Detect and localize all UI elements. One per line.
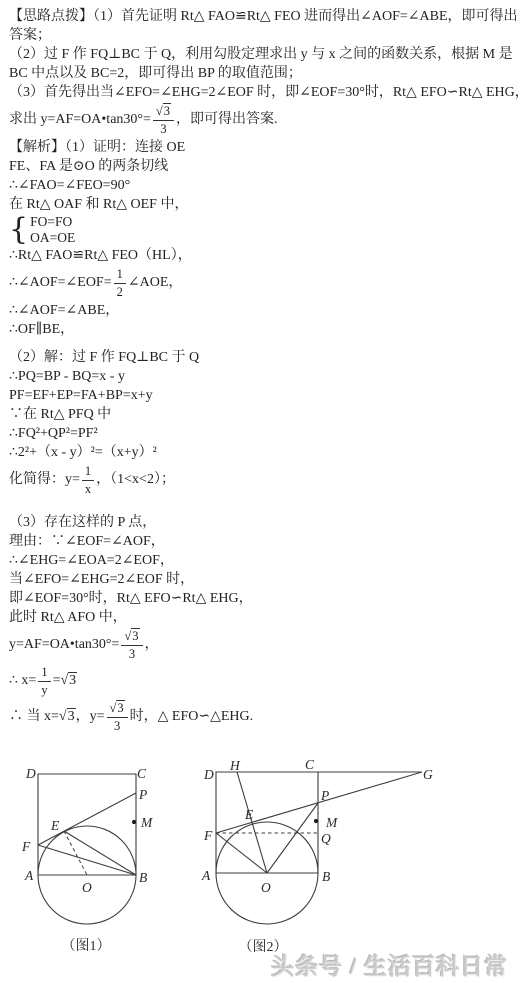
figure-1-line-2 (38, 845, 136, 875)
figure-1-label-A: A (24, 868, 34, 883)
figure-1-label-F: F (21, 839, 31, 854)
figure-2-line-3 (216, 833, 267, 873)
figure-1-label-C: C (137, 766, 147, 781)
figure-2-label-B: B (322, 869, 330, 884)
figure-2-label-G: G (423, 767, 433, 782)
figure-2-label-E: E (244, 807, 254, 822)
figure-1-point-dot-0 (132, 820, 136, 824)
figure-1-label-M: M (140, 815, 153, 830)
figure-2-label-C: C (305, 757, 315, 772)
figure-2-label-Q: Q (321, 831, 331, 846)
figure-1-label-P: P (138, 787, 147, 802)
figure-1-label-B: B (139, 870, 147, 885)
figure-2-label-H: H (229, 758, 241, 773)
figure-2-line-4 (267, 803, 318, 873)
figure-2-label-M: M (325, 815, 338, 830)
figure-2-label-O: O (261, 880, 271, 895)
figure-1-line-1 (64, 831, 136, 875)
figure-1-label-E: E (50, 818, 60, 833)
figure-2-label-D: D (203, 767, 214, 782)
figure-1-label-D: D (25, 766, 36, 781)
figure-2-label-F: F (203, 828, 213, 843)
figure-1-caption: （图1） (62, 938, 111, 954)
figure-2-label-P: P (320, 788, 329, 803)
figure-1-label-O: O (82, 880, 92, 895)
watermark: 头条号 / 生活百科日常 (271, 948, 508, 981)
figure-2-point-dot-0 (314, 819, 318, 823)
figure-2-label-A: A (201, 868, 211, 883)
geometry-figures: DCPMEFABO（图1）DHCGPEMFQABO（图2） (0, 0, 530, 983)
page-root: 【思路点拨】（1）首先证明 Rt△ FAO≌Rt△ FEO 进而得出∠AOF=∠… (0, 0, 530, 983)
figure-2-line-1 (216, 772, 422, 833)
